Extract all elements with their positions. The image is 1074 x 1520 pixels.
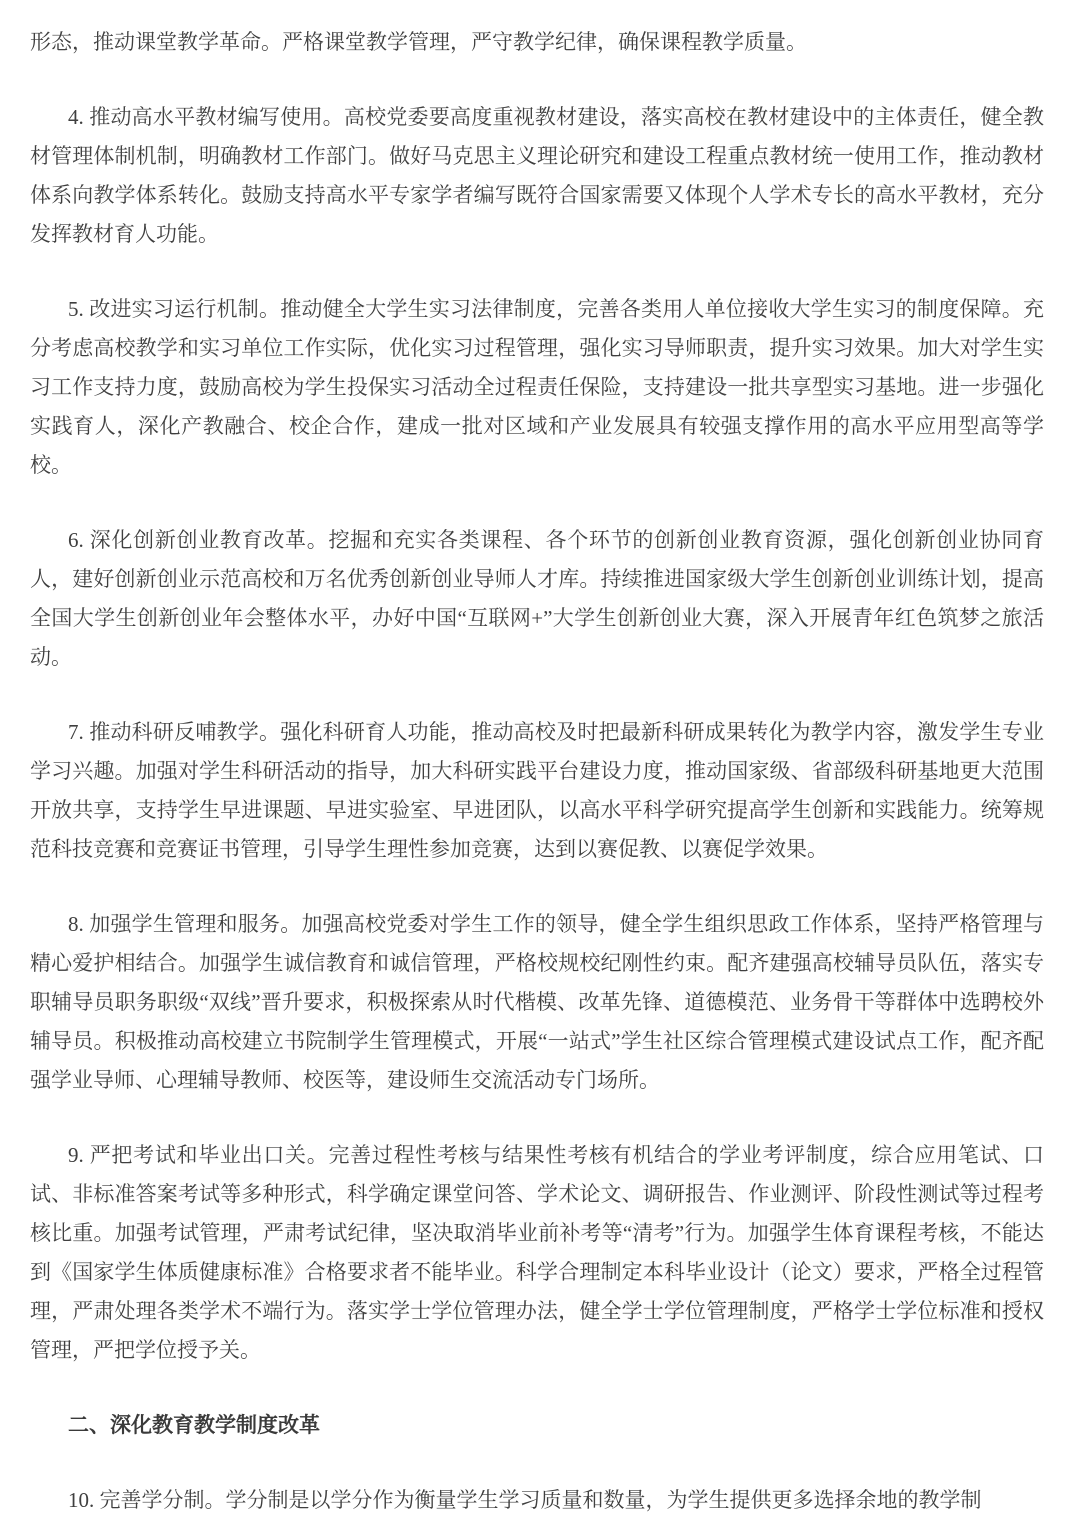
paragraph-item-8: 8. 加强学生管理和服务。加强高校党委对学生工作的领导，健全学生组织思政工作体系… [30, 905, 1044, 1100]
paragraph-item-5: 5. 改进实习运行机制。推动健全大学生实习法律制度，完善各类用人单位接收大学生实… [30, 290, 1044, 485]
paragraph-continuation: 形态，推动课堂教学革命。严格课堂教学管理，严守教学纪律，确保课程教学质量。 [30, 23, 1044, 62]
document-page: 形态，推动课堂教学革命。严格课堂教学管理，严守教学纪律，确保课程教学质量。 4.… [0, 0, 1074, 1520]
paragraph-item-6: 6. 深化创新创业教育改革。挖掘和充实各类课程、各个环节的创新创业教育资源，强化… [30, 521, 1044, 677]
section-heading: 二、深化教育教学制度改革 [30, 1406, 1044, 1445]
paragraph-item-9: 9. 严把考试和毕业出口关。完善过程性考核与结果性考核有机结合的学业考评制度，综… [30, 1136, 1044, 1370]
paragraph-item-7: 7. 推动科研反哺教学。强化科研育人功能，推动高校及时把最新科研成果转化为教学内… [30, 713, 1044, 869]
paragraph-item-4: 4. 推动高水平教材编写使用。高校党委要高度重视教材建设，落实高校在教材建设中的… [30, 98, 1044, 254]
paragraph-item-10: 10. 完善学分制。学分制是以学分作为衡量学生学习质量和数量，为学生提供更多选择… [30, 1481, 1044, 1520]
